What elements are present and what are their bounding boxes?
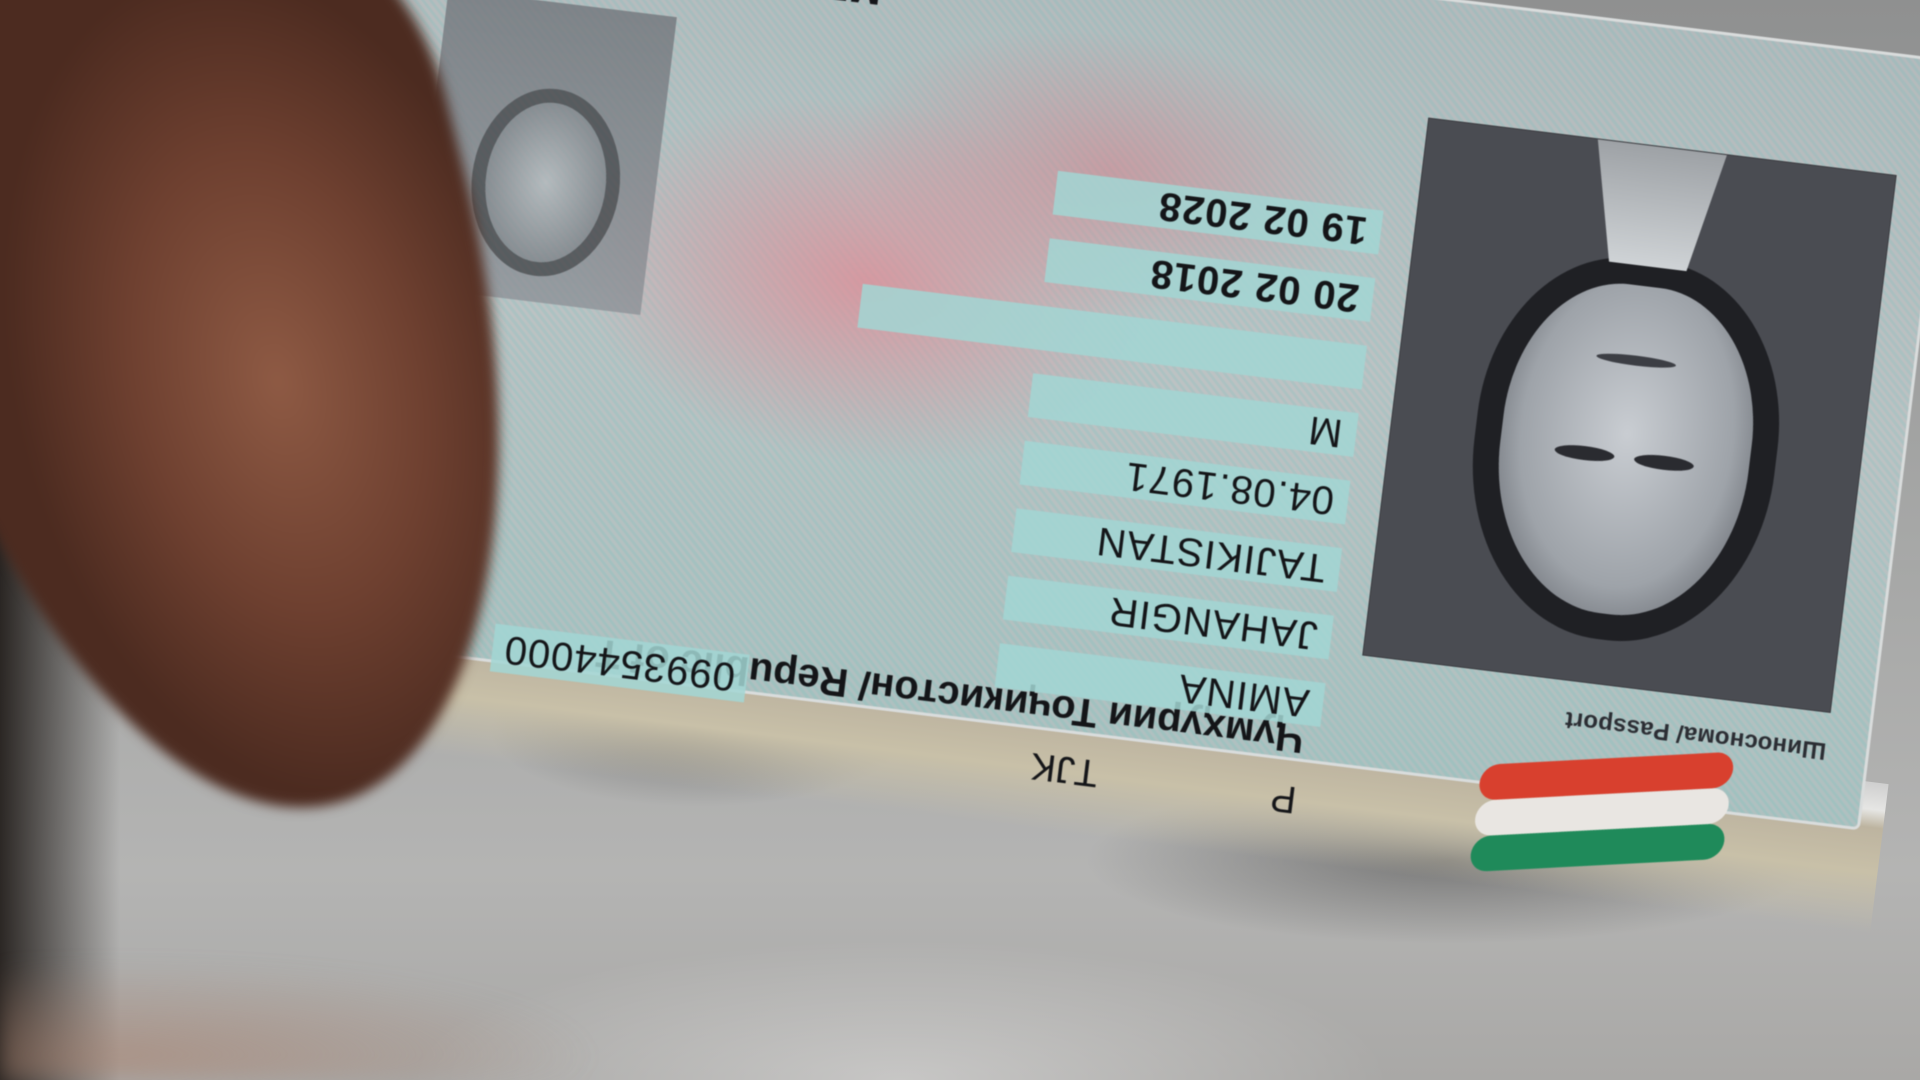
country-code: TJK bbox=[1028, 743, 1100, 794]
field-authority: MD MIA of T bbox=[663, 0, 885, 12]
authority-value: MD MIA of T bbox=[663, 0, 885, 12]
personal-data-fields: AMINA JAHANGIR TAJIKISTAN 04.08.1971 M 2… bbox=[703, 125, 1385, 741]
blurred-hand bbox=[0, 960, 600, 1080]
passport-type: P bbox=[1268, 775, 1298, 821]
face-image bbox=[1481, 271, 1769, 629]
holder-photo bbox=[1362, 118, 1897, 713]
shirt-collar bbox=[1583, 139, 1727, 274]
